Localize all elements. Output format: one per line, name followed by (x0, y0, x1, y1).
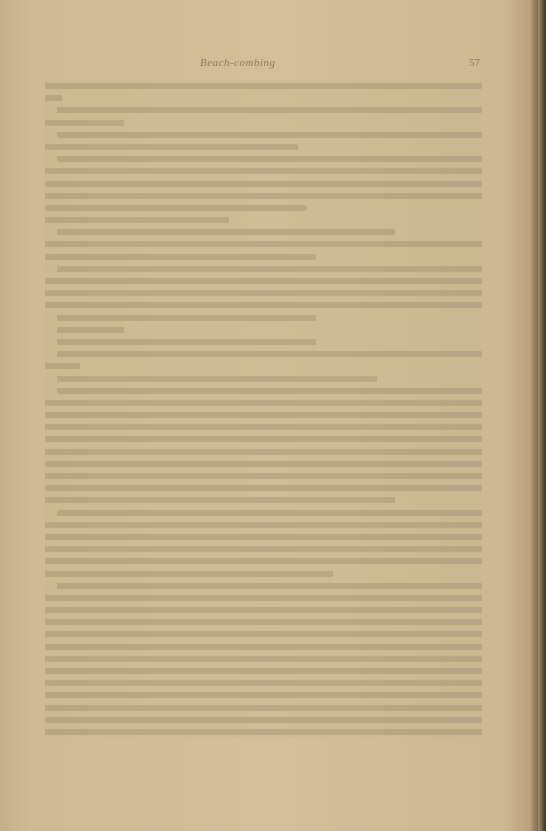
text-line (45, 507, 482, 519)
text-line (45, 482, 482, 494)
text-line (45, 726, 482, 738)
text-line (45, 348, 482, 360)
text-line (45, 677, 482, 689)
text-line (45, 178, 482, 190)
text-line (45, 555, 482, 567)
text-line (45, 324, 482, 336)
text-line (45, 92, 482, 104)
text-line (45, 604, 482, 616)
text-line (45, 287, 482, 299)
text-line (45, 397, 482, 409)
text-line (45, 689, 482, 701)
text-line (45, 373, 482, 385)
text-line (45, 263, 482, 275)
text-line (45, 80, 482, 92)
text-line (45, 226, 482, 238)
text-line (45, 190, 482, 202)
text-line (45, 616, 482, 628)
text-line (45, 421, 482, 433)
body-text (45, 80, 482, 738)
text-line (45, 117, 482, 129)
text-line (45, 592, 482, 604)
page-number: 57 (469, 57, 480, 69)
scanned-book-page: Beach-combing 57 (0, 0, 546, 831)
text-line (45, 580, 482, 592)
text-line (45, 214, 482, 226)
text-line (45, 141, 482, 153)
text-line (45, 641, 482, 653)
text-line (45, 470, 482, 482)
text-line (45, 543, 482, 555)
text-line (45, 446, 482, 458)
text-line (45, 458, 482, 470)
text-line (45, 299, 482, 311)
text-line (45, 531, 482, 543)
text-line (45, 336, 482, 348)
text-line (45, 202, 482, 214)
text-line (45, 238, 482, 250)
text-line (45, 153, 482, 165)
text-line (45, 702, 482, 714)
text-line (45, 665, 482, 677)
text-line (45, 628, 482, 640)
text-line (45, 409, 482, 421)
text-line (45, 312, 482, 324)
text-line (45, 385, 482, 397)
binding-shadow (538, 0, 546, 831)
text-line (45, 494, 482, 506)
text-line (45, 360, 482, 372)
text-line (45, 714, 482, 726)
text-line (45, 568, 482, 580)
text-line (45, 433, 482, 445)
text-line (45, 519, 482, 531)
text-line (45, 165, 482, 177)
text-line (45, 653, 482, 665)
text-line (45, 129, 482, 141)
text-line (45, 275, 482, 287)
running-header-title: Beach-combing (200, 57, 276, 69)
text-line (45, 104, 482, 116)
running-header: Beach-combing 57 (60, 57, 480, 73)
text-line (45, 251, 482, 263)
